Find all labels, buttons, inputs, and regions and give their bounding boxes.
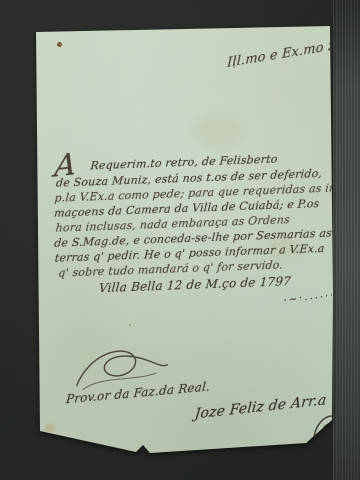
manuscript-paper: Ill.mo e Ex.mo S.r A Requerim.to retro, … bbox=[33, 24, 335, 456]
handwriting-layer: Ill.mo e Ex.mo S.r A Requerim.to retro, … bbox=[25, 19, 343, 462]
book-binding-strip bbox=[333, 0, 360, 480]
marginal-pen-mark: ·~·...... bbox=[283, 287, 336, 307]
dateline: Villa Bella 12 de M.ço de 1797 bbox=[98, 274, 291, 295]
manuscript-scan: Ill.mo e Ex.mo S.r A Requerim.to retro, … bbox=[0, 0, 360, 480]
honorific-abbreviation: Ill.mo e Ex.mo S.r bbox=[227, 36, 348, 71]
paper-sheet: Ill.mo e Ex.mo S.r A Requerim.to retro, … bbox=[33, 24, 335, 456]
